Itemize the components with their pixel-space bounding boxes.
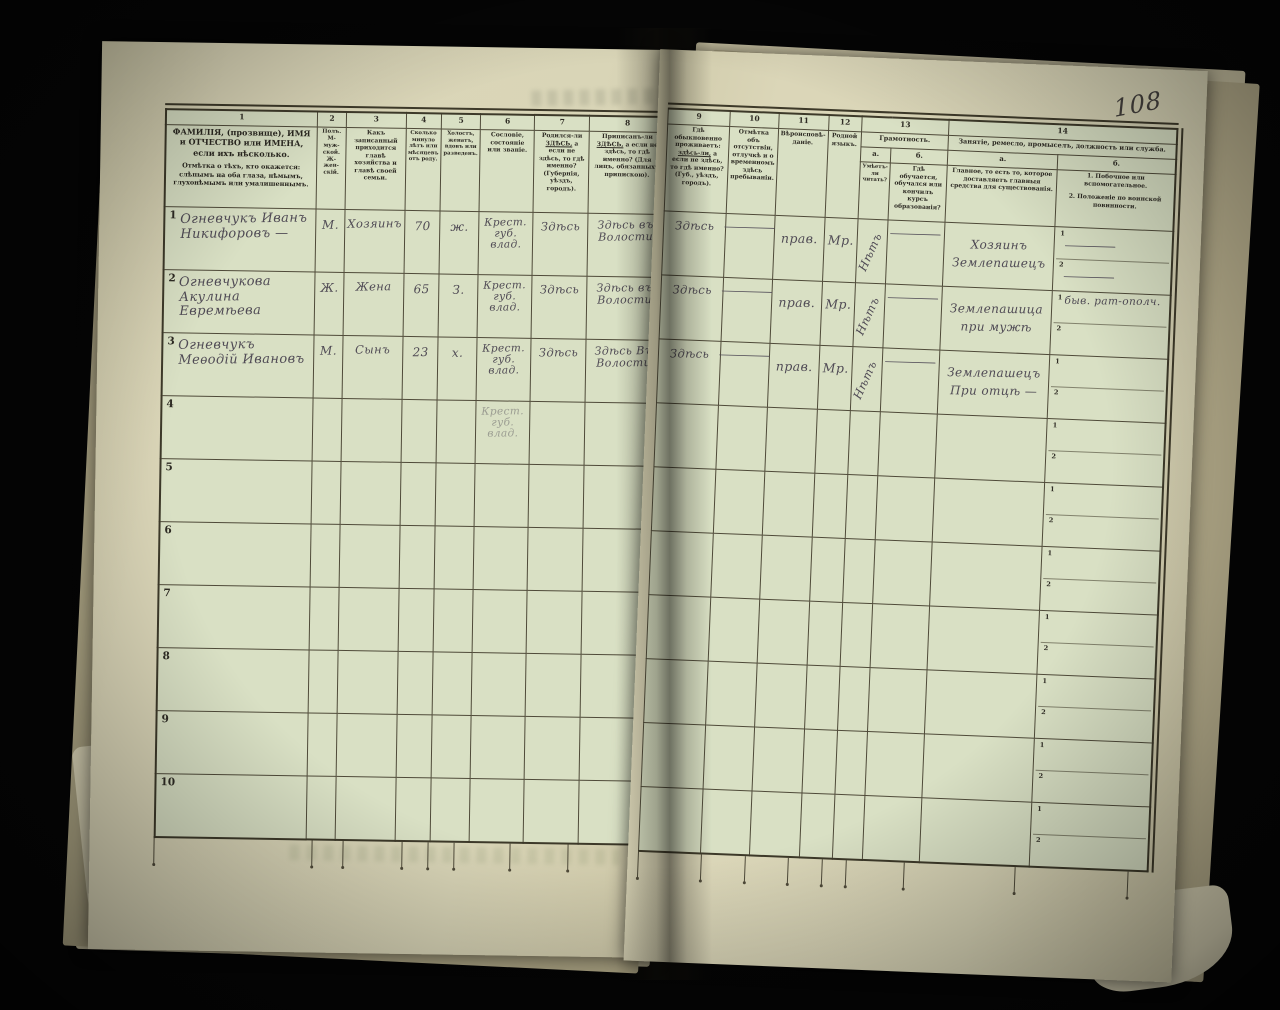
header-religion: Вѣроисповѣ­даніе.	[775, 128, 828, 217]
table-row: 7	[158, 585, 658, 656]
photo-of-census-ledger: 1 2 3 4 5 6 7 8 ФАМИЛІЯ, (прозвище), ИМЯ…	[0, 0, 1280, 1010]
table-row: 1Огневчукъ Иванъ Никифоровъ —М.Хозяинъ70…	[164, 207, 664, 278]
cell-estate: Крест. губ. влад.	[478, 212, 533, 276]
label-13b: б.	[893, 150, 945, 161]
cell-age: 70	[404, 210, 440, 274]
handwritten-page-number: 108	[1113, 86, 1163, 123]
cell-relation: Жена	[343, 272, 403, 336]
col-no-5: 5	[444, 116, 478, 126]
cell-born: Здѣсь	[530, 338, 586, 402]
cell-absence: —	[718, 341, 769, 407]
cell-estate: Крест. губ. влад.	[476, 338, 531, 402]
cell-estate: Крест. губ. влад.	[475, 401, 530, 465]
cell-resides: Здѣсь	[662, 211, 727, 277]
cell-language: Мр.	[820, 281, 856, 346]
cell-side-occupation: 1быв. рат-ополч.2	[1050, 291, 1170, 360]
handwritten-name: Огневчукъ Меѳодій Ивановъ	[165, 335, 311, 369]
cell-language: Мр.	[822, 217, 858, 282]
col-no-9: 9	[670, 111, 727, 122]
cell-occupation: Хозяинъ Землепашецъ	[943, 222, 1055, 290]
cell-education: —	[883, 284, 943, 350]
header-main-occupation: Главное, то есть то, которое доставляетъ…	[945, 165, 1057, 226]
right-page: 9 10 11 12 13 14 Гдѣ обыкновенно прожива…	[624, 49, 1208, 982]
cell-reads: Нѣтъ	[850, 347, 883, 412]
cell-born: Здѣсь	[532, 212, 588, 276]
census-table-right: 9 10 11 12 13 14 Гдѣ обыкновенно прожива…	[638, 108, 1178, 873]
header-absence: Отмѣтка объ отсутствіи, отлучкѣ и о врем…	[726, 127, 778, 216]
cell-education: —	[886, 220, 946, 286]
census-table-left: 1 2 3 4 5 6 7 8 ФАМИЛІЯ, (прозвище), ИМЯ…	[154, 108, 666, 846]
header-age: Сколько минуло лѣтъ или мѣсяцевъ отъ род…	[405, 128, 442, 211]
header-education: Гдѣ обучается, обучался или кончилъ курс…	[888, 163, 947, 222]
header-relation: Какъ записанный приходится главѣ хозяйст…	[345, 127, 406, 210]
cell-religion: прав.	[770, 279, 822, 345]
cell-occupation: Землепашецъ При отцѣ —	[938, 350, 1050, 418]
table-row: 5	[160, 459, 660, 530]
census-table-left-half: 1 2 3 4 5 6 7 8 ФАМИЛІЯ, (прозвище), ИМЯ…	[154, 108, 666, 846]
header-marital: Холостъ, женатъ, вдовъ или разведенъ.	[440, 129, 481, 212]
cell-sex: Ж.	[314, 272, 344, 335]
cell-resides: Здѣсь	[659, 275, 724, 341]
table-row: 3Огневчукъ Меѳодій ИвановъМ.Сынъ23х.Крес…	[162, 333, 662, 404]
col-no-8: 8	[592, 118, 663, 128]
header-row: ФАМИЛІЯ, (прозвище), ИМЯ и ОТЧЕСТВО или …	[165, 125, 666, 215]
table-row: 4Крест. губ. влад.	[161, 396, 661, 467]
cell-religion: прав.	[767, 343, 819, 409]
cell-sex: М.	[313, 335, 343, 398]
label-14a: а.	[950, 152, 1055, 165]
label-14b: б.	[1060, 156, 1173, 170]
table-row: 6	[159, 522, 659, 593]
cell-side-occupation: 1—2—	[1053, 227, 1173, 296]
table-row: 10	[155, 774, 655, 845]
column-line-ends	[153, 838, 645, 876]
cell-age: 23	[402, 336, 438, 400]
cell-side-occupation: 12	[1047, 355, 1167, 424]
cell-sex: М.	[315, 209, 345, 272]
cell-marital: ж.	[439, 211, 479, 275]
col-no-12: 12	[831, 117, 859, 127]
handwritten-name: Огневчукова Акулина Евремѣева	[166, 272, 312, 320]
col-no-4: 4	[408, 115, 439, 124]
census-table-right-half: 9 10 11 12 13 14 Гдѣ обыкновенно прожива…	[638, 108, 1178, 873]
col-no-2: 2	[320, 114, 344, 123]
cell-occupation: Землепашица при мужѣ	[940, 286, 1052, 354]
header-born-here: Родился-ли ЗДѢСЬ, а если не здѣсь, то гд…	[533, 130, 590, 213]
col-no-11: 11	[781, 115, 826, 126]
col-no-1: 1	[169, 111, 315, 122]
table-row: 9	[156, 711, 656, 782]
handwritten-name: Огневчукъ Иванъ Никифоровъ —	[167, 209, 313, 243]
cell-reads: Нѣтъ	[853, 283, 886, 348]
header-language: Родной языкъ.	[825, 130, 861, 218]
cell-relation: Хозяинъ	[344, 209, 404, 273]
cell-name: 2Огневчукова Акулина Евремѣева	[163, 270, 315, 335]
cell-name: 3Огневчукъ Меѳодій Ивановъ	[162, 333, 314, 398]
cell-absence: —	[721, 277, 772, 343]
cell-estate: Крест. губ. влад.	[477, 275, 532, 339]
col-no-13: 13	[864, 118, 947, 130]
cell-marital: х.	[437, 337, 477, 401]
label-13a: а.	[863, 148, 889, 158]
header-side-occupation: 1. Побочное или вспомогательное. 2. Поло…	[1055, 170, 1175, 232]
cell-relation: Сынъ	[342, 335, 402, 399]
table-row: 8	[157, 648, 657, 719]
cell-education: —	[881, 348, 941, 414]
cell-religion: прав.	[772, 215, 824, 281]
left-page: 1 2 3 4 5 6 7 8 ФАМИЛІЯ, (прозвище), ИМЯ…	[88, 41, 667, 958]
col-no-3: 3	[349, 114, 404, 124]
header-resides: Гдѣ обыкновенно проживаетъ: здѣсь-ли, а …	[664, 124, 729, 213]
cell-born: Здѣсь	[531, 275, 587, 339]
col-no-7: 7	[537, 117, 587, 127]
header-sex: Полъ. М-муж­ской. Ж-жен­скій.	[316, 127, 346, 209]
col-no-6: 6	[483, 116, 532, 126]
cell-resides: Здѣсь	[657, 339, 722, 405]
cell-reads: Нѣтъ	[855, 219, 888, 284]
cell-name: 1Огневчукъ Иванъ Никифоровъ —	[164, 207, 316, 272]
header-can-read: Умѣетъ-ли читать?	[858, 162, 891, 220]
header-estate: Сословіе, состояніе или званіе.	[479, 130, 534, 213]
cell-language: Мр.	[817, 345, 853, 410]
header-surname: ФАМИЛІЯ, (прозвище), ИМЯ и ОТЧЕСТВО или …	[165, 125, 318, 209]
table-row: 2Огневчукова Акулина ЕвремѣеваЖ.Жена65З.…	[163, 270, 663, 341]
cell-absence: —	[724, 213, 775, 279]
cell-marital: З.	[438, 274, 478, 338]
cell-age: 65	[403, 273, 439, 337]
cell-name: 4	[161, 396, 313, 461]
col-no-10: 10	[732, 113, 776, 124]
